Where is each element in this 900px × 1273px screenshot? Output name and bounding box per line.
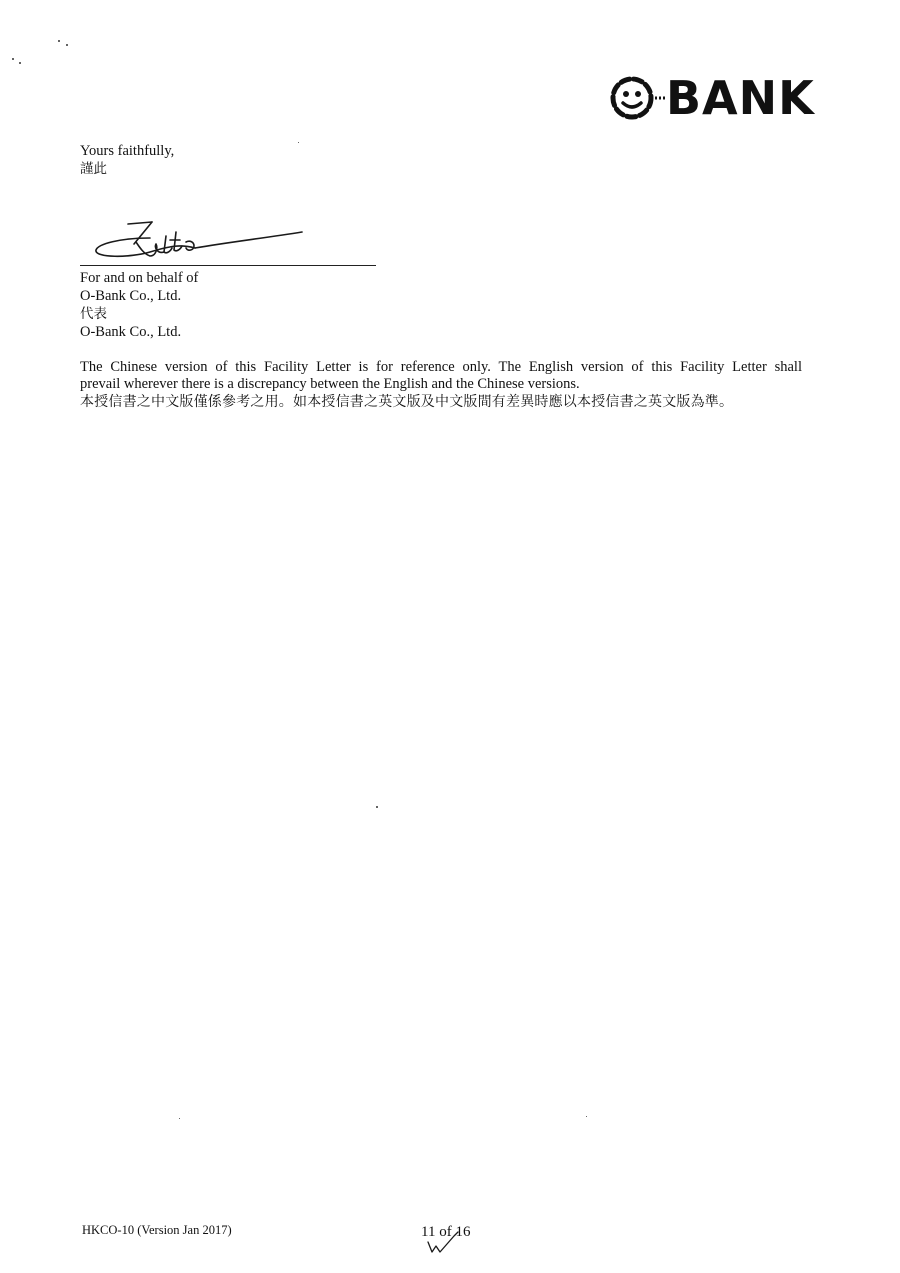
scan-speck: [12, 58, 14, 60]
closing-salutation: Yours faithfully,: [80, 143, 174, 160]
logo-wordmark: BANK: [666, 75, 815, 121]
signature-line: [80, 265, 376, 266]
smiley-face-icon: [608, 72, 666, 124]
scan-speck: [66, 44, 68, 46]
notice-chinese: 本授信書之中文版僅係參考之用。如本授信書之英文版及中文版間有差異時應以本授信書之…: [80, 393, 802, 411]
behalf-label-chinese: 代表: [80, 306, 107, 323]
company-name: O-Bank Co., Ltd.: [80, 288, 181, 305]
scan-speck: [298, 142, 299, 143]
closing-salutation-chinese: 謹此: [80, 161, 107, 178]
notice-english-line-2: prevail wherever there is a discrepancy …: [80, 376, 802, 393]
obank-logo: BANK: [608, 72, 808, 124]
notice-english-line-1: The Chinese version of this Facility Let…: [80, 359, 802, 376]
language-notice: The Chinese version of this Facility Let…: [80, 359, 802, 411]
scan-speck: [58, 40, 60, 42]
handwritten-initials: [424, 1228, 472, 1256]
behalf-label: For and on behalf of: [80, 270, 198, 287]
scan-speck: [586, 1116, 587, 1117]
scan-speck: [19, 62, 21, 64]
scan-speck: [179, 1118, 180, 1119]
company-name-chinese-section: O-Bank Co., Ltd.: [80, 324, 181, 341]
handwritten-signature: [90, 218, 310, 268]
form-code: HKCO-10 (Version Jan 2017): [82, 1222, 232, 1239]
scan-speck: [376, 806, 378, 808]
